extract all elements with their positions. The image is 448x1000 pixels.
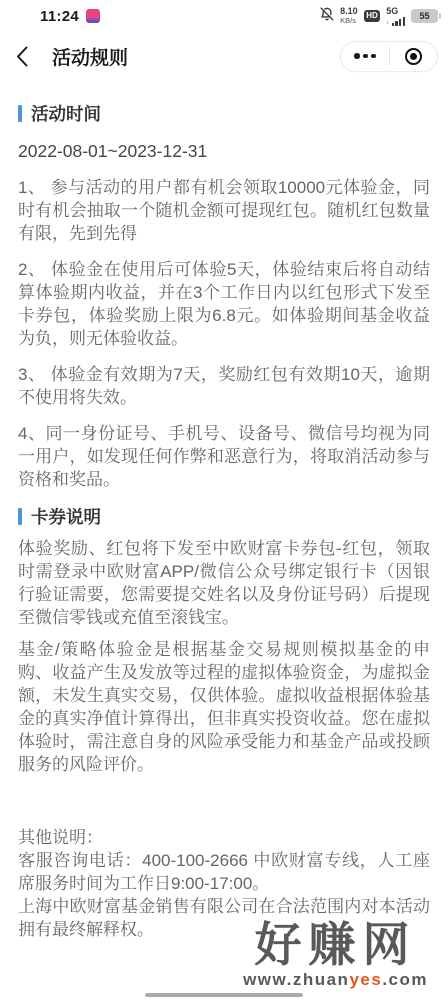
rule-item: 2、 体验金在使用后可体验5天，体验结束后将自动结算体验期内收益，并在3个工作日… [18, 258, 430, 350]
more-options-button[interactable] [341, 42, 389, 71]
rule-item: 1、 参与活动的用户都有机会领取10000元体验金，同时有机会抽取一个随机金额可… [18, 176, 430, 245]
page-title: 活动规则 [52, 43, 340, 70]
section-accent-bar [18, 105, 22, 122]
coupon-paragraph: 体验奖励、红包将下发至中欧财富卡券包-红包，领取时需登录中欧财富APP/微信公众… [18, 537, 430, 629]
rule-item: 3、 体验金有效期为7天，奖励红包有效期10天，逾期不使用将失效。 [18, 363, 430, 409]
screen: 11:24 8.10 KB/s HD 5G ↓ [0, 0, 448, 1000]
close-miniprogram-button[interactable] [390, 42, 438, 71]
notification-app-icon [86, 9, 100, 23]
cellular-signal-icon: 5G ↓ [386, 7, 405, 26]
network-speed-indicator: 8.10 KB/s [340, 7, 358, 25]
rule-item: 4、同一身份证号、手机号、设备号、微信号均视为同一用户，如发现任何作弊和恶意行为… [18, 422, 430, 491]
section-header-coupon-info: 卡券说明 [18, 505, 430, 528]
section-title: 活动时间 [31, 101, 101, 126]
circle-dot-icon [405, 48, 422, 65]
section-title: 卡券说明 [31, 504, 101, 529]
section-header-activity-time: 活动时间 [18, 102, 430, 125]
status-bar-right: 8.10 KB/s HD 5G ↓ 55 [320, 7, 438, 26]
page-content[interactable]: 活动时间 2022-08-01~2023-12-31 1、 参与活动的用户都有机… [0, 82, 448, 941]
back-button[interactable] [16, 41, 42, 71]
data-arrow-icon: ↓ [386, 20, 389, 26]
home-indicator[interactable] [145, 993, 303, 997]
clock: 11:24 [40, 8, 79, 25]
coupon-paragraph: 基金/策略体验金是根据基金交易规则模拟基金的申购、收益产生及发放等过程的虚拟体验… [18, 638, 430, 776]
section-accent-bar [18, 508, 22, 525]
mute-icon [320, 7, 334, 26]
miniprogram-capsule [340, 41, 438, 72]
other-info-line: 上海中欧财富基金销售有限公司在合法范围内对本活动拥有最终解释权。 [18, 895, 430, 941]
other-info-block: 其他说明： 客服咨询电话：400-100-2666 中欧财富专线，人工座席服务时… [18, 826, 430, 941]
other-info-heading: 其他说明： [18, 826, 430, 849]
status-bar: 11:24 8.10 KB/s HD 5G ↓ [0, 0, 448, 30]
status-bar-left: 11:24 [40, 8, 100, 25]
hd-voice-icon: HD [364, 10, 381, 22]
battery-icon: 55 [411, 9, 438, 23]
other-info-line: 客服咨询电话：400-100-2666 中欧财富专线，人工座席服务时间为工作日9… [18, 849, 430, 895]
activity-date-range: 2022-08-01~2023-12-31 [18, 140, 430, 163]
navbar: 活动规则 [0, 30, 448, 82]
watermark-url: www.zhuanyes.com [243, 971, 428, 988]
